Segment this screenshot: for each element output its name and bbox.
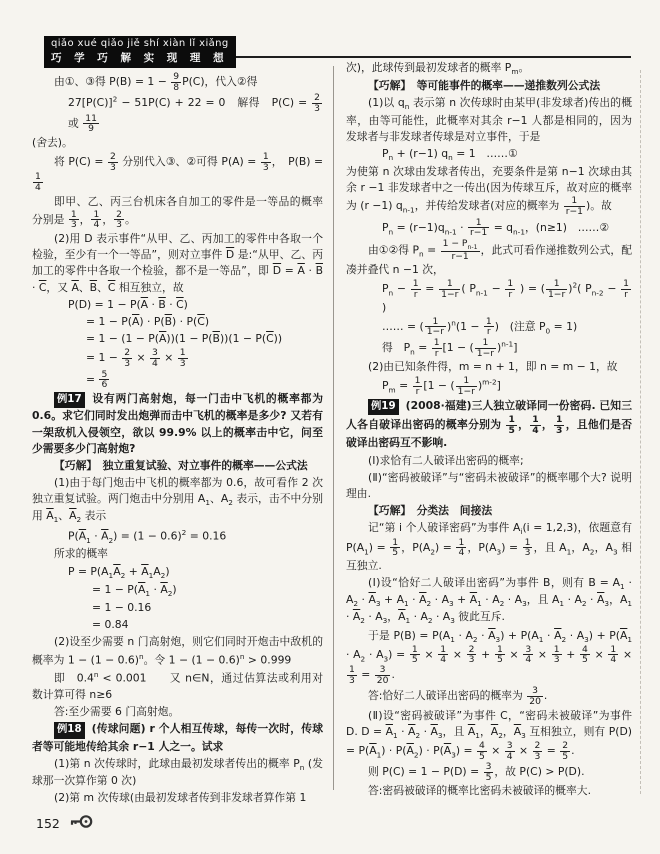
formula: = 56 bbox=[86, 370, 323, 390]
formula: P = P(A1A2 + A1A2) bbox=[68, 564, 323, 581]
paragraph: 答:至少需要 6 门高射炮。 bbox=[32, 704, 323, 720]
paragraph: (1)以 qn 表示第 n 次传球时由某甲(非发球者)传出的概率，由等可能性，此… bbox=[346, 95, 632, 145]
banner-title: 巧 学 巧 解 实 现 理 想 bbox=[51, 50, 229, 65]
formula: P(D) = 1 − P(A · B · C) bbox=[68, 297, 323, 313]
formula: = 0.84 bbox=[92, 617, 323, 633]
paragraph: 【巧解】 等可能事件的概率——递推数列公式法 bbox=[346, 78, 632, 94]
paragraph: 记“第 i 个人破译密码”为事件 Ai(i = 1,2,3)，依题意有 P(A1… bbox=[346, 520, 632, 574]
formula: …… = (11−r)n(1 − 1r) (注意 P0 = 1) bbox=[382, 317, 632, 337]
formula: = 1 − 23 × 34 × 13 bbox=[86, 348, 323, 368]
example-18: 例18(传球问题) r 个人相互传球，每传一次时，传球者等可能地传给其余 r−1… bbox=[32, 721, 323, 755]
paragraph: 所求的概率 bbox=[32, 546, 323, 562]
page-edge-artifact bbox=[640, 70, 641, 794]
paragraph: (2)第 m 次传球(由最初发球者传到非发球者算作第 1 bbox=[32, 790, 323, 806]
formula: = 1 − P(A) · P(B) · P(C) bbox=[86, 314, 323, 330]
left-column: 由①、③得 P(B) = 1 − 98P(C)，代入②得 27[P(C)]2 −… bbox=[32, 72, 323, 808]
formula: 得 Pn = 1r[1 − (11−r)n-1] bbox=[382, 338, 632, 358]
formula: Pn = (r−1)qn-1 · 1r−1 = qn-1，(n≥1) ……② bbox=[382, 218, 632, 238]
paragraph: (2)由已知条件得，m = n + 1，即 n = m − 1，故 bbox=[346, 359, 632, 375]
example-17: 例17设有两门高射炮，每一门击中飞机的概率都为 0.6。求它们同时发出炮弹而击中… bbox=[32, 391, 323, 457]
banner-pinyin: qiǎo xué qiǎo jiě shí xiàn lǐ xiǎng bbox=[51, 38, 229, 49]
column-divider bbox=[333, 66, 334, 790]
paragraph: (2)用 D 表示事件“从甲、乙、丙加工的零件中各取一个检验，至少有一个一等品”… bbox=[32, 231, 323, 296]
paragraph: 次)，此球传到最初发球者的概率 Pm。 bbox=[346, 60, 632, 77]
header-rule bbox=[231, 56, 631, 58]
paragraph: (2)设至少需要 n 门高射炮，则它们同时开炮击中敌机的概率为 1 − (1 −… bbox=[32, 634, 323, 668]
formula: Pn + (r−1) qn = 1 ……① bbox=[382, 146, 632, 163]
paragraph: 于是 P(B) = P(A1 · A2 · A3) + P(A1 · A2 · … bbox=[346, 628, 632, 686]
example-label: 例19 bbox=[368, 399, 399, 415]
example-19: 例19(2008·福建)三人独立破译同一份密码. 已知三人各自破译出密码的概率分… bbox=[346, 398, 632, 452]
paragraph: 即甲、乙、丙三台机床各自加工的零件是一等品的概率分别是 13，14，23。 bbox=[32, 194, 323, 230]
paragraph: (Ⅱ)设“密码被破译”为事件 C，“密码未被破译”为事件 D. D = A1 ·… bbox=[346, 708, 632, 762]
page-number: 152 bbox=[36, 816, 60, 831]
paragraph: 由①②得 Pn = 1 − Pn-1r−1，此式可看作递推数列公式，配凑并叠代 … bbox=[346, 239, 632, 278]
formula: Pn − 1r = 11−r( Pn-1 − 1r ) = (11−r)2( P… bbox=[382, 279, 632, 315]
paragraph: (1)由于每门炮击中飞机的概率都为 0.6，故可看作 2 次独立重复试验。两门炮… bbox=[32, 475, 323, 526]
formula: Pm = 1r[1 − (11−r)m-2] bbox=[382, 376, 632, 396]
paragraph: 则 P(C) = 1 − P(D) = 35，故 P(C) > P(D). bbox=[346, 762, 632, 782]
key-icon bbox=[69, 814, 93, 832]
example-label: 例18 bbox=[54, 722, 85, 738]
paragraph: (Ⅰ)设“恰好二人破译出密码”为事件 B，则有 B = A1 · A2 · A3… bbox=[346, 575, 632, 627]
paragraph: (舍去)。 bbox=[32, 135, 323, 151]
formula: = 1 − 0.16 bbox=[92, 600, 323, 616]
page-footer: 152 bbox=[36, 814, 93, 832]
paragraph: 【巧解】 独立重复试验、对立事件的概率——公式法 bbox=[32, 458, 323, 474]
formula: P(A1 · A2) = (1 − 0.6)2 = 0.16 bbox=[68, 527, 323, 546]
paragraph: 由①、③得 P(B) = 1 − 98P(C)，代入②得 bbox=[32, 72, 323, 92]
formula: = 1 − (1 − P(A))(1 − P(B))(1 − P(C)) bbox=[86, 331, 323, 347]
paragraph: 答:恰好二人破译出密码的概率为 320. bbox=[346, 686, 632, 706]
paragraph: 【巧解】 分类法 间接法 bbox=[346, 503, 632, 519]
paragraph: 答:密码被破译的概率比密码未被破译的概率大. bbox=[346, 783, 632, 799]
formula: = 1 − P(A1 · A2) bbox=[92, 582, 323, 599]
right-column: 次)，此球传到最初发球者的概率 Pm。 【巧解】 等可能事件的概率——递推数列公… bbox=[346, 60, 632, 801]
paragraph: 将 P(C) = 23 分别代入③、②可得 P(A) = 13， P(B) = … bbox=[32, 152, 323, 193]
paragraph: (Ⅱ)“密码被破译”与“密码未被破译”的概率哪个大? 说明理由. bbox=[346, 470, 632, 502]
paragraph: (Ⅰ)求恰有二人破译出密码的概率; bbox=[346, 453, 632, 469]
paragraph: (1)第 n 次传球时，此球由最初发球者传出的概率 Pn (发球那一次算作第 0… bbox=[32, 756, 323, 789]
example-label: 例17 bbox=[54, 392, 85, 408]
textbook-page: qiǎo xué qiǎo jiě shí xiàn lǐ xiǎng 巧 学 … bbox=[0, 0, 660, 854]
formula: 27[P(C)]2 − 51P(C) + 22 = 0 解得 P(C) = 23… bbox=[68, 93, 323, 134]
paragraph: 为使第 n 次球由发球者传出，充要条件是第 n−1 次球由其余 r −1 非发球… bbox=[346, 164, 632, 217]
paragraph: 即 0.4n < 0.001 又 n∈N，通过估算法或利用对数计算可得 n≥6 bbox=[32, 669, 323, 703]
chapter-banner: qiǎo xué qiǎo jiě shí xiàn lǐ xiǎng 巧 学 … bbox=[44, 36, 236, 68]
